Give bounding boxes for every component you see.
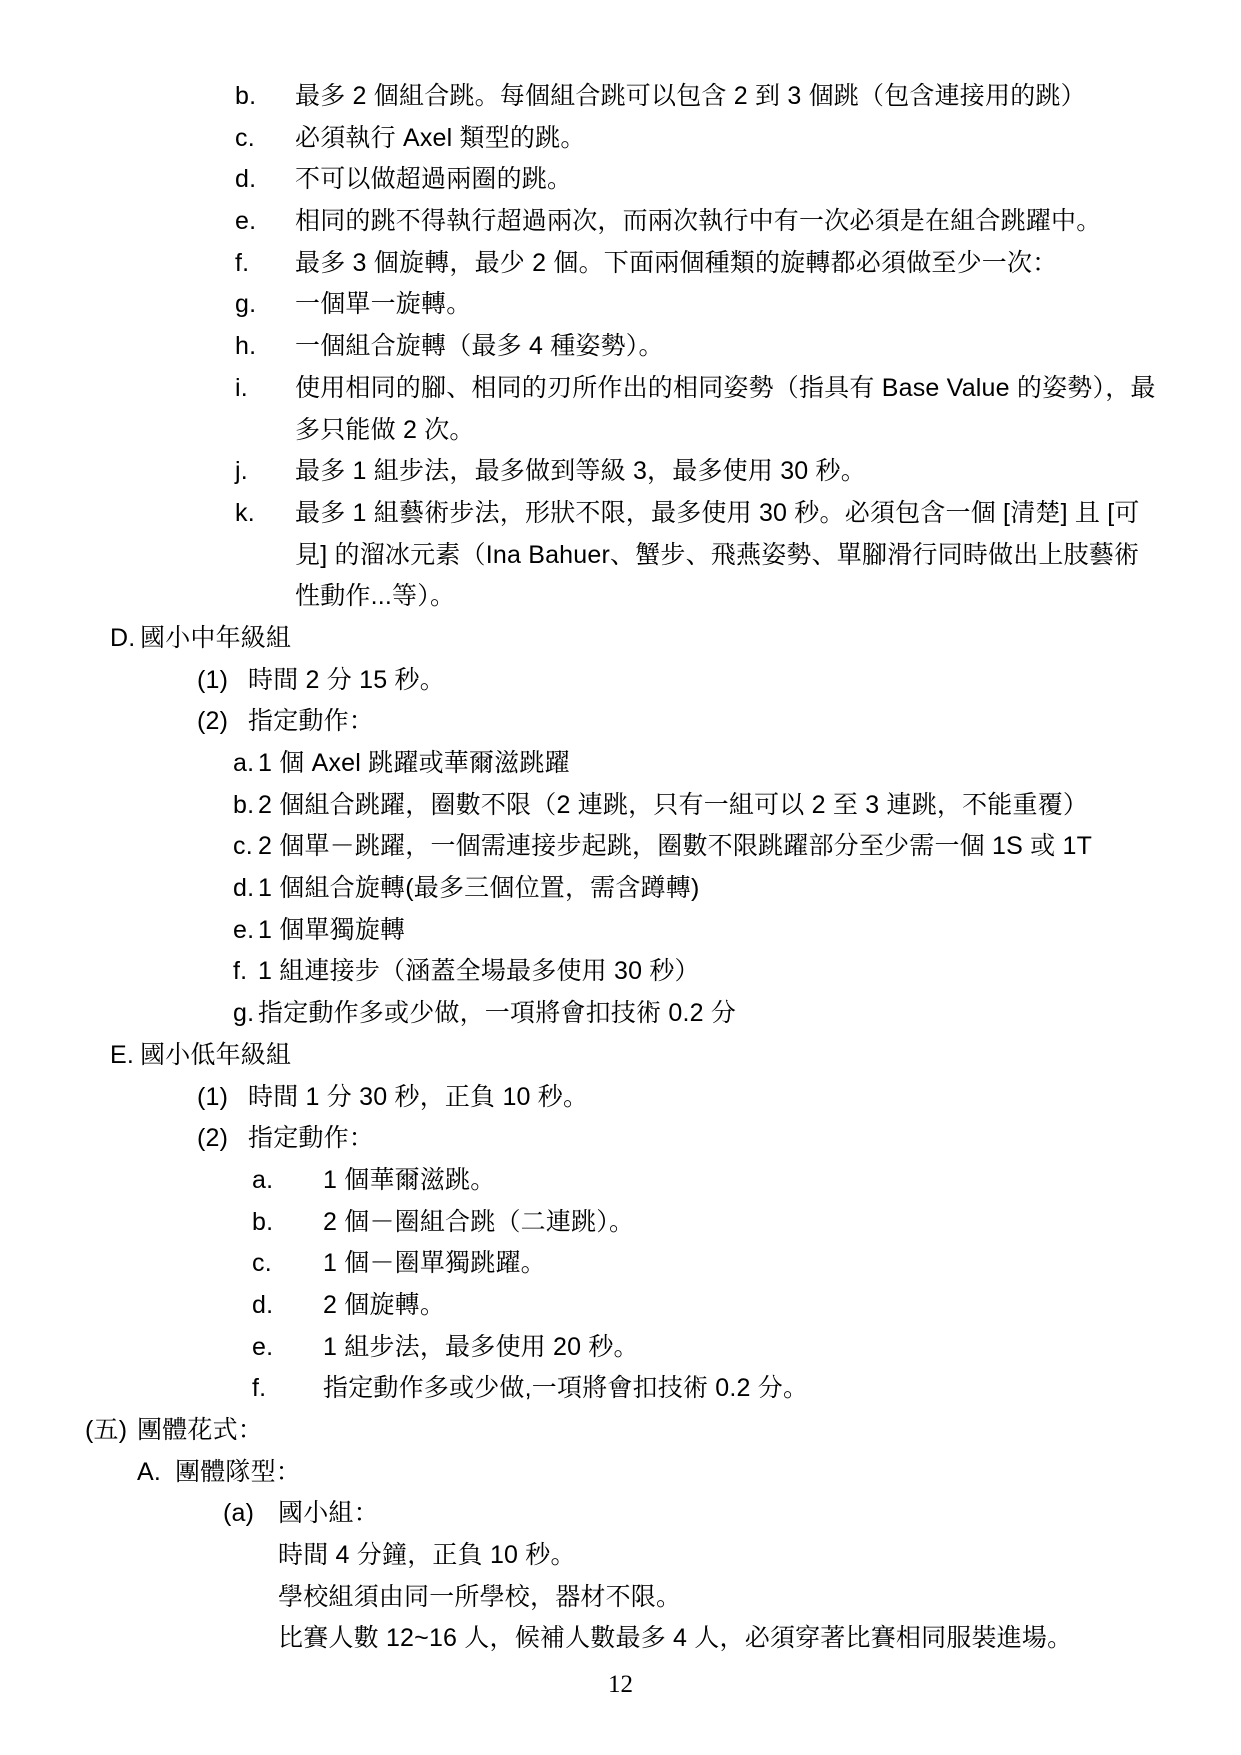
line-text: 1 個華爾滋跳。 <box>323 1166 495 1194</box>
line-text: 1 個－圈單獨跳躍。 <box>323 1249 546 1277</box>
list-item-line: c.2 個單－跳躍，一個需連接步起跳，圈數不限跳躍部分至少需一個 1S 或 1T <box>0 826 1241 868</box>
wrapped-text-line: 性動作...等）。 <box>0 576 1241 618</box>
line-label: e. <box>233 910 254 952</box>
line-text: 比賽人數 12~16 人，候補人數最多 4 人，必須穿著比賽相同服裝進場。 <box>278 1624 1072 1652</box>
line-text: 國小組： <box>278 1499 379 1527</box>
list-item-line: c.必須執行 Axel 類型的跳。 <box>0 118 1241 160</box>
list-item-line: (2)指定動作： <box>0 1118 1241 1160</box>
list-item-line: a.1 個 Axel 跳躍或華爾滋跳躍 <box>0 743 1241 785</box>
line-text: 不可以做超過兩圈的跳。 <box>295 165 572 193</box>
line-text: 指定動作： <box>248 707 374 735</box>
line-label: h. <box>235 326 256 368</box>
line-text: 多只能做 2 次。 <box>295 416 475 444</box>
line-text: 學校組須由同一所學校，器材不限。 <box>278 1583 681 1611</box>
list-item-line: c.1 個－圈單獨跳躍。 <box>0 1243 1241 1285</box>
line-text: 時間 4 分鐘，正負 10 秒。 <box>278 1541 576 1569</box>
line-label: (a) <box>223 1493 254 1535</box>
wrapped-text-line: 多只能做 2 次。 <box>0 410 1241 452</box>
line-label: (2) <box>197 701 228 743</box>
line-label: g. <box>233 993 254 1035</box>
line-text: 團體隊型： <box>175 1458 301 1486</box>
line-text: 最多 1 組步法，最多做到等級 3，最多使用 30 秒。 <box>295 457 866 485</box>
list-item-line: g.指定動作多或少做，一項將會扣技術 0.2 分 <box>0 993 1241 1035</box>
line-label: E. <box>110 1035 134 1077</box>
list-item-line: d.2 個旋轉。 <box>0 1285 1241 1327</box>
list-item-line: (五)團體花式： <box>0 1410 1241 1452</box>
line-text: 國小低年級組 <box>140 1041 291 1069</box>
line-label: b. <box>252 1202 273 1244</box>
line-text: 性動作...等）。 <box>295 582 455 610</box>
list-item-line: f.1 組連接步（涵蓋全場最多使用 30 秒） <box>0 951 1241 993</box>
line-label: (2) <box>197 1118 228 1160</box>
line-label: (1) <box>197 1077 228 1119</box>
line-text: 一個單一旋轉。 <box>295 290 471 318</box>
wrapped-text-line: 時間 4 分鐘，正負 10 秒。 <box>0 1535 1241 1577</box>
line-text: 指定動作： <box>248 1124 374 1152</box>
line-label: (五) <box>85 1410 127 1452</box>
line-label: b. <box>235 76 256 118</box>
line-text: 1 組連接步（涵蓋全場最多使用 30 秒） <box>258 957 700 985</box>
wrapped-text-line: 見] 的溜冰元素（Ina Bahuer、蟹步、飛燕姿勢、單腳滑行同時做出上肢藝術 <box>0 535 1241 577</box>
list-item-line: e.1 個單獨旋轉 <box>0 910 1241 952</box>
list-item-line: g.一個單一旋轉。 <box>0 284 1241 326</box>
line-label: d. <box>252 1285 273 1327</box>
line-text: 見] 的溜冰元素（Ina Bahuer、蟹步、飛燕姿勢、單腳滑行同時做出上肢藝術 <box>295 541 1139 569</box>
line-text: 團體花式： <box>137 1416 263 1444</box>
list-item-line: (2)指定動作： <box>0 701 1241 743</box>
line-text: 指定動作多或少做,一項將會扣技術 0.2 分。 <box>323 1374 808 1402</box>
line-label: g. <box>235 284 256 326</box>
list-item-line: (1)時間 1 分 30 秒，正負 10 秒。 <box>0 1077 1241 1119</box>
line-text: 2 個旋轉。 <box>323 1291 445 1319</box>
document-page: b.最多 2 個組合跳。每個組合跳可以包含 2 到 3 個跳（包含連接用的跳）c… <box>0 0 1241 1755</box>
list-item-line: e.1 組步法，最多使用 20 秒。 <box>0 1327 1241 1369</box>
line-label: A. <box>137 1452 161 1494</box>
list-item-line: (1)時間 2 分 15 秒。 <box>0 660 1241 702</box>
line-text: 必須執行 Axel 類型的跳。 <box>295 124 586 152</box>
line-label: a. <box>252 1160 273 1202</box>
list-item-line: d.1 個組合旋轉(最多三個位置，需含蹲轉) <box>0 868 1241 910</box>
line-label: a. <box>233 743 254 785</box>
list-item-line: j.最多 1 組步法，最多做到等級 3，最多使用 30 秒。 <box>0 451 1241 493</box>
line-text: 指定動作多或少做，一項將會扣技術 0.2 分 <box>258 999 736 1027</box>
page-number: 12 <box>0 1672 1241 1697</box>
list-item-line: E.國小低年級組 <box>0 1035 1241 1077</box>
line-text: 最多 1 組藝術步法，形狀不限，最多使用 30 秒。必須包含一個 [清楚] 且 … <box>295 499 1140 527</box>
line-label: c. <box>235 118 255 160</box>
line-text: 一個組合旋轉（最多 4 種姿勢）。 <box>295 332 664 360</box>
line-text: 1 個單獨旋轉 <box>258 916 405 944</box>
line-label: c. <box>233 826 253 868</box>
list-item-line: b.最多 2 個組合跳。每個組合跳可以包含 2 到 3 個跳（包含連接用的跳） <box>0 76 1241 118</box>
list-item-line: f.最多 3 個旋轉，最少 2 個。下面兩個種類的旋轉都必須做至少一次： <box>0 243 1241 285</box>
list-item-line: h.一個組合旋轉（最多 4 種姿勢）。 <box>0 326 1241 368</box>
wrapped-text-line: 比賽人數 12~16 人，候補人數最多 4 人，必須穿著比賽相同服裝進場。 <box>0 1618 1241 1660</box>
line-text: 時間 1 分 30 秒，正負 10 秒。 <box>248 1083 588 1111</box>
line-text: 國小中年級組 <box>140 624 291 652</box>
list-item-line: i.使用相同的腳、相同的刃所作出的相同姿勢（指具有 Base Value 的姿勢… <box>0 368 1241 410</box>
line-text: 2 個組合跳躍，圈數不限（2 連跳，只有一組可以 2 至 3 連跳，不能重覆） <box>258 791 1088 819</box>
line-text: 1 個組合旋轉(最多三個位置，需含蹲轉) <box>258 874 700 902</box>
line-label: f. <box>235 243 249 285</box>
line-label: d. <box>233 868 254 910</box>
line-text: 2 個單－跳躍，一個需連接步起跳，圈數不限跳躍部分至少需一個 1S 或 1T <box>258 832 1092 860</box>
line-label: d. <box>235 159 256 201</box>
line-text: 使用相同的腳、相同的刃所作出的相同姿勢（指具有 Base Value 的姿勢），… <box>295 374 1156 402</box>
line-label: c. <box>252 1243 272 1285</box>
list-item-line: D.國小中年級組 <box>0 618 1241 660</box>
line-label: e. <box>235 201 256 243</box>
list-item-line: d.不可以做超過兩圈的跳。 <box>0 159 1241 201</box>
line-text: 1 個 Axel 跳躍或華爾滋跳躍 <box>258 749 570 777</box>
line-text: 最多 3 個旋轉，最少 2 個。下面兩個種類的旋轉都必須做至少一次： <box>295 249 1057 277</box>
line-label: i. <box>235 368 248 410</box>
line-label: D. <box>110 618 135 660</box>
line-label: j. <box>235 451 248 493</box>
list-item-line: k.最多 1 組藝術步法，形狀不限，最多使用 30 秒。必須包含一個 [清楚] … <box>0 493 1241 535</box>
list-item-line: f.指定動作多或少做,一項將會扣技術 0.2 分。 <box>0 1368 1241 1410</box>
line-text: 相同的跳不得執行超過兩次，而兩次執行中有一次必須是在組合跳躍中。 <box>295 207 1101 235</box>
list-item-line: a.1 個華爾滋跳。 <box>0 1160 1241 1202</box>
list-item-line: A.團體隊型： <box>0 1452 1241 1494</box>
line-label: f. <box>233 951 247 993</box>
line-label: k. <box>235 493 255 535</box>
line-text: 最多 2 個組合跳。每個組合跳可以包含 2 到 3 個跳（包含連接用的跳） <box>295 82 1086 110</box>
list-item-line: b.2 個－圈組合跳（二連跳）。 <box>0 1202 1241 1244</box>
line-text: 時間 2 分 15 秒。 <box>248 666 445 694</box>
line-label: b. <box>233 785 254 827</box>
document-body: b.最多 2 個組合跳。每個組合跳可以包含 2 到 3 個跳（包含連接用的跳）c… <box>0 76 1241 1660</box>
list-item-line: e.相同的跳不得執行超過兩次，而兩次執行中有一次必須是在組合跳躍中。 <box>0 201 1241 243</box>
line-text: 1 組步法，最多使用 20 秒。 <box>323 1333 639 1361</box>
line-label: (1) <box>197 660 228 702</box>
wrapped-text-line: 學校組須由同一所學校，器材不限。 <box>0 1577 1241 1619</box>
line-label: f. <box>252 1368 266 1410</box>
list-item-line: b.2 個組合跳躍，圈數不限（2 連跳，只有一組可以 2 至 3 連跳，不能重覆… <box>0 785 1241 827</box>
line-label: e. <box>252 1327 273 1369</box>
list-item-line: (a)國小組： <box>0 1493 1241 1535</box>
line-text: 2 個－圈組合跳（二連跳）。 <box>323 1208 634 1236</box>
